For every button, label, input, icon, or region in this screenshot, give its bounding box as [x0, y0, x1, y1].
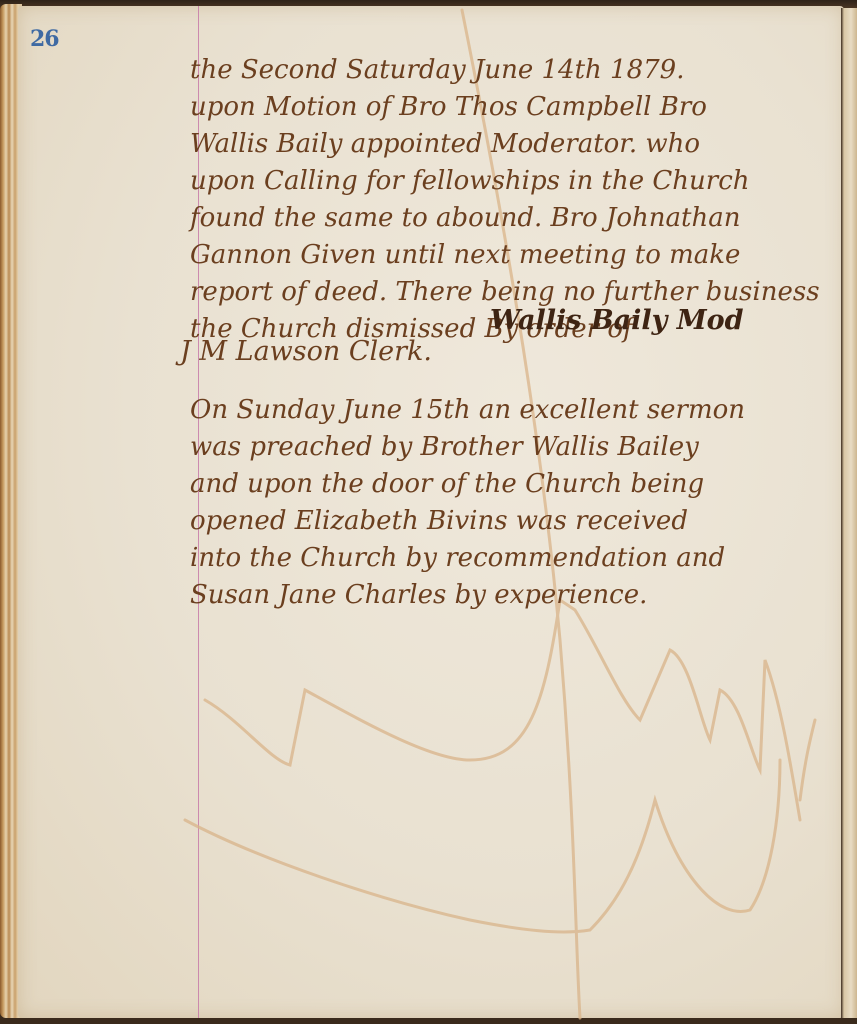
scanned-page: 26 the Second Saturday June 14th 1879. u… — [0, 0, 857, 1024]
minute-entry-sunday: On Sunday June 15th an excellent sermon … — [190, 392, 830, 614]
entry-line: upon Motion of Bro Thos Campbell Bro — [190, 89, 830, 126]
minute-entry-saturday: the Second Saturday June 14th 1879. upon… — [190, 52, 830, 348]
entry-line: On Sunday June 15th an excellent sermon — [190, 392, 830, 429]
entry-line: Susan Jane Charles by experience. — [190, 577, 830, 614]
entry-line: was preached by Brother Wallis Bailey — [190, 429, 830, 466]
entry-line: Gannon Given until next meeting to make — [190, 237, 830, 274]
clerk-signature: J M Lawson Clerk. — [180, 336, 432, 367]
page-number: 26 — [30, 26, 59, 52]
entry-line: opened Elizabeth Bivins was received — [190, 503, 830, 540]
entry-line: and upon the door of the Church being — [190, 466, 830, 503]
entry-line: the Second Saturday June 14th 1879. — [190, 52, 830, 89]
entry-line: into the Church by recommendation and — [190, 540, 830, 577]
entry-line: upon Calling for fellowships in the Chur… — [190, 163, 830, 200]
entry-line: found the same to abound. Bro Johnathan — [190, 200, 830, 237]
entry-line: Wallis Baily appointed Moderator. who — [190, 126, 830, 163]
moderator-signature: Wallis Baily Mod — [490, 305, 744, 336]
